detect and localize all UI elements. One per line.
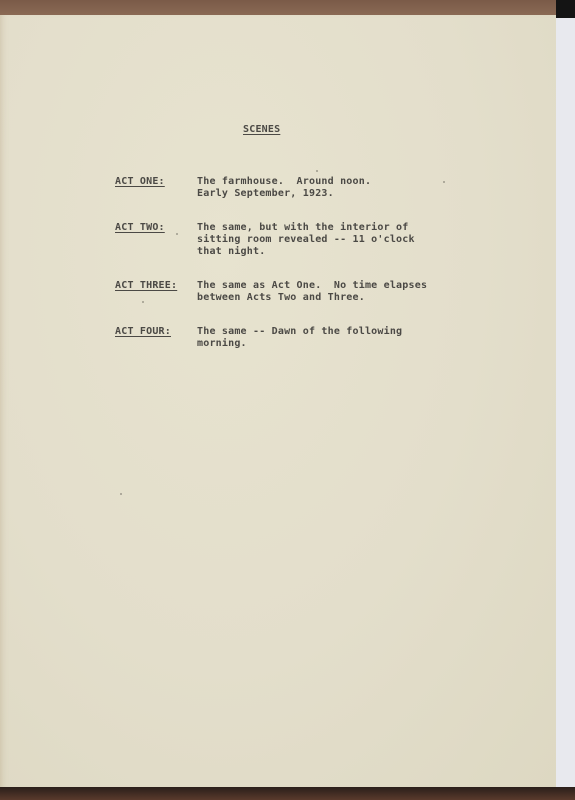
paper-speck — [316, 170, 318, 172]
paper-speck — [142, 301, 144, 303]
act-four-description: The same -- Dawn of the following mornin… — [197, 326, 402, 350]
act-one-description: The farmhouse. Around noon. Early Septem… — [197, 176, 371, 200]
paper-speck — [120, 493, 122, 495]
act-three-description: The same as Act One. No time elapses bet… — [197, 280, 427, 304]
paper-speck — [443, 181, 445, 183]
act-one-label: ACT ONE: — [115, 176, 165, 188]
act-four-label: ACT FOUR: — [115, 326, 171, 338]
backing-board-bottom — [0, 787, 575, 800]
page-title: SCENES — [243, 124, 280, 136]
paper-speck — [176, 233, 178, 235]
act-two-label: ACT TWO: — [115, 222, 165, 234]
act-two-description: The same, but with the interior of sitti… — [197, 222, 415, 258]
backing-board-top — [0, 0, 575, 16]
act-three-label: ACT THREE: — [115, 280, 177, 292]
backing-board-corner — [556, 0, 575, 18]
scan-margin — [556, 18, 575, 788]
